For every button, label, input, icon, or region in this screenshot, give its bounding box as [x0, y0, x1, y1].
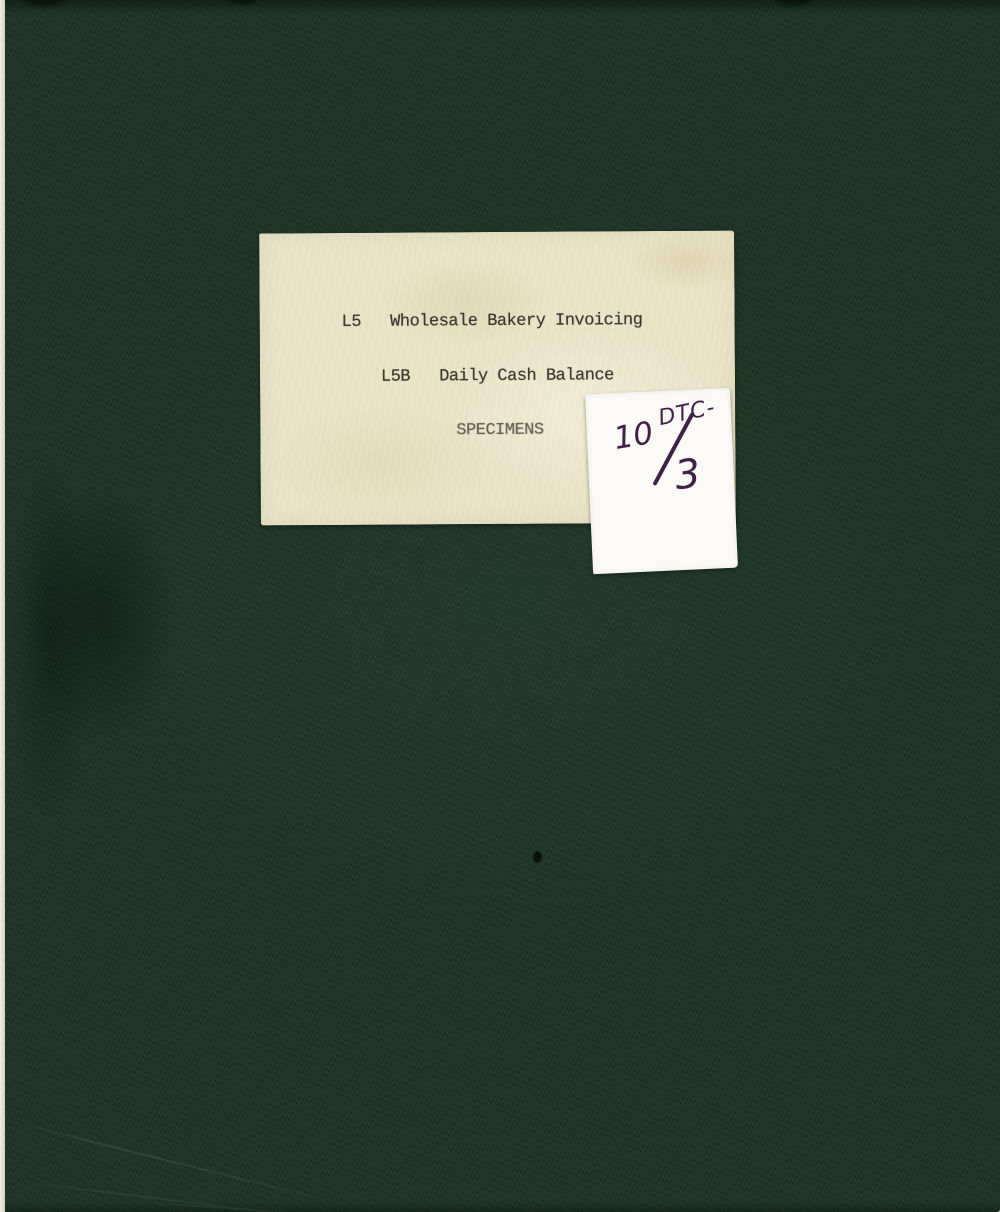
handwritten-note: DTC- 10 3: [585, 388, 738, 574]
handwriting-numerator: 10: [611, 415, 656, 457]
top-edge-shadow: [23, 0, 65, 6]
ink-spot: [533, 851, 542, 863]
label-line-1: L5 Wholesale Bakery Invoicing: [342, 311, 643, 332]
label-line-2: L5B Daily Cash Balance: [381, 366, 614, 386]
top-edge-shadow: [227, 0, 257, 4]
crease-line: [1, 1118, 351, 1207]
scan-background: L5 Wholesale Bakery Invoicing L5B Daily …: [0, 0, 1000, 1212]
handwriting: DTC- 10 3: [585, 388, 738, 574]
handwriting-denominator: 3: [672, 451, 703, 500]
folder-cover: [5, 0, 1000, 1212]
top-edge-shadow: [775, 0, 813, 5]
label-line-3: SPECIMENS: [456, 421, 543, 441]
